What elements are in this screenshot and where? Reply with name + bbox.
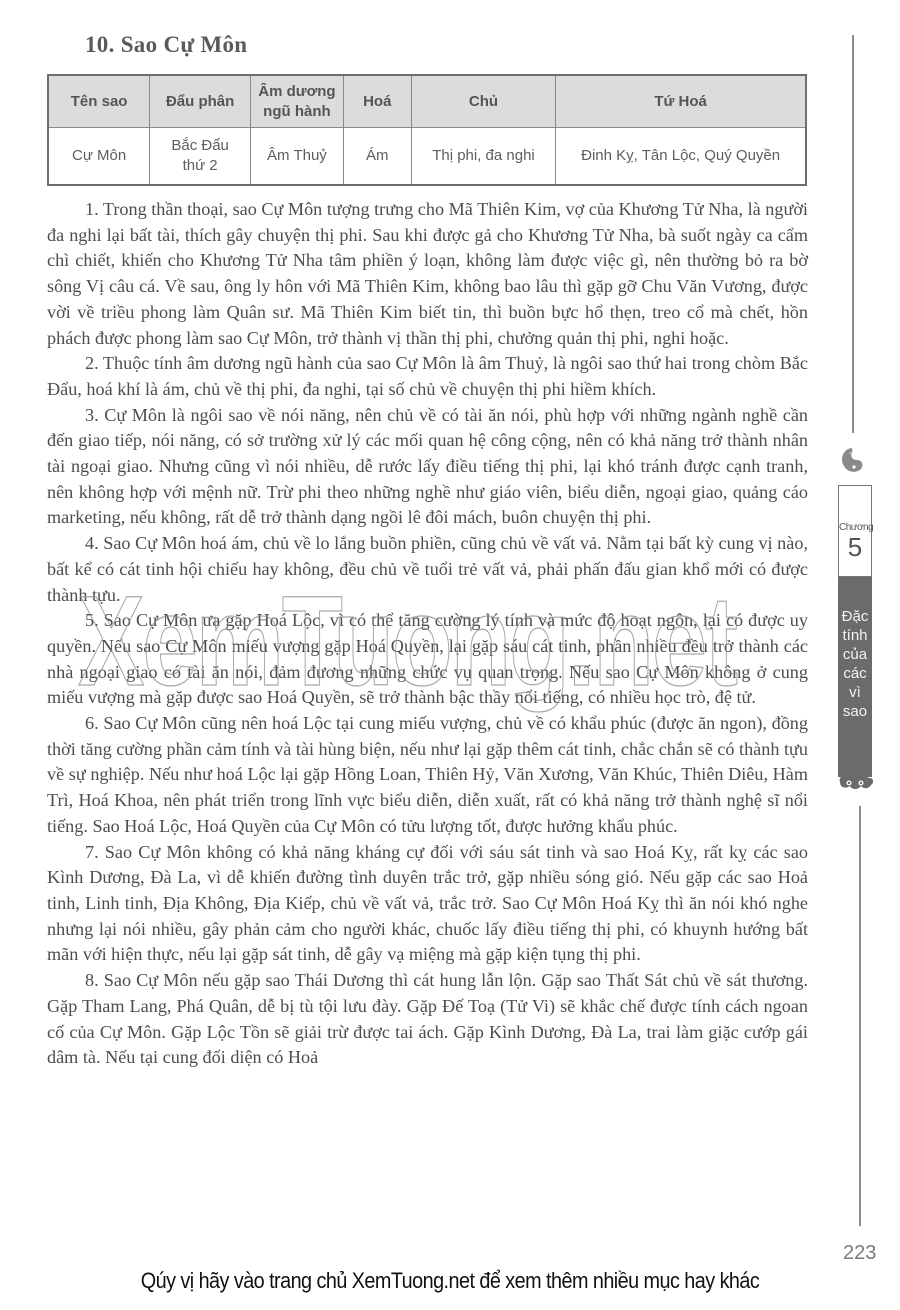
chapter-title-line: sao	[838, 702, 872, 721]
header-am-duong-ngu-hanh: Âm dương ngũ hành	[251, 75, 344, 128]
cell-dau-phan: Bắc Đẩu thứ 2	[150, 128, 251, 186]
paragraph-5: 5. Sao Cự Môn ưa gặp Hoá Lộc, vì có thể …	[47, 608, 808, 711]
chapter-title-line: vì	[838, 683, 872, 702]
header-chu: Chủ	[411, 75, 556, 128]
chapter-title-line: các	[838, 664, 872, 683]
cell-tu-hoa: Đinh Kỵ, Tân Lộc, Quý Quyền	[556, 128, 806, 186]
cell-dau-phan-line2: thứ 2	[154, 156, 246, 176]
header-dau-phan: Đẩu phân	[150, 75, 251, 128]
table-header-row: Tên sao Đẩu phân Âm dương ngũ hành Hoá C…	[48, 75, 806, 128]
table-row: Cự Môn Bắc Đẩu thứ 2 Âm Thuỷ Ám Thị phi,…	[48, 128, 806, 186]
header-am-duong-line1: Âm dương	[255, 82, 339, 102]
star-info-table: Tên sao Đẩu phân Âm dương ngũ hành Hoá C…	[47, 74, 807, 186]
cell-ten-sao: Cự Môn	[48, 128, 150, 186]
chapter-title-line: Đặc	[838, 607, 872, 626]
paragraph-6: 6. Sao Cự Môn cũng nên hoá Lộc tại cung …	[47, 711, 808, 840]
page-title: 10. Sao Cự Môn	[85, 32, 247, 58]
page-number: 223	[843, 1242, 876, 1265]
cell-am-duong: Âm Thuỷ	[251, 128, 344, 186]
footer-banner: Qúy vị hãy vào trang chủ XemTuong.net để…	[45, 1268, 855, 1294]
margin-rule-top	[852, 35, 854, 433]
paragraph-3: 3. Cự Môn là ngôi sao về nói năng, nên c…	[47, 403, 808, 532]
yin-yang-icon	[838, 446, 864, 476]
paragraph-7: 7. Sao Cự Môn không có khả năng kháng cự…	[47, 840, 808, 969]
paragraph-1: 1. Trong thần thoại, sao Cự Môn tượng tr…	[47, 197, 808, 351]
cloud-ornament-icon	[836, 772, 876, 792]
chapter-title-line: tính	[838, 626, 872, 645]
paragraph-2: 2. Thuộc tính âm dương ngũ hành của sao …	[47, 351, 808, 402]
chapter-number: 5	[839, 533, 871, 561]
chapter-tab: Chương 5	[838, 485, 872, 577]
body-text: 1. Trong thần thoại, sao Cự Môn tượng tr…	[47, 197, 808, 1071]
header-tu-hoa: Tứ Hoá	[556, 75, 806, 128]
chapter-title-tab: Đặc tính của các vì sao	[838, 577, 872, 777]
header-am-duong-line2: ngũ hành	[255, 102, 339, 122]
paragraph-4: 4. Sao Cự Môn hoá ám, chủ về lo lắng buồ…	[47, 531, 808, 608]
cell-dau-phan-line1: Bắc Đẩu	[154, 136, 246, 156]
chapter-title-line: của	[838, 645, 872, 664]
margin-rule-bottom	[859, 806, 861, 1226]
header-ten-sao: Tên sao	[48, 75, 150, 128]
header-hoa: Hoá	[343, 75, 411, 128]
cell-chu: Thị phi, đa nghi	[411, 128, 556, 186]
paragraph-8: 8. Sao Cự Môn nếu gặp sao Thái Dương thì…	[47, 968, 808, 1071]
cell-hoa: Ám	[343, 128, 411, 186]
